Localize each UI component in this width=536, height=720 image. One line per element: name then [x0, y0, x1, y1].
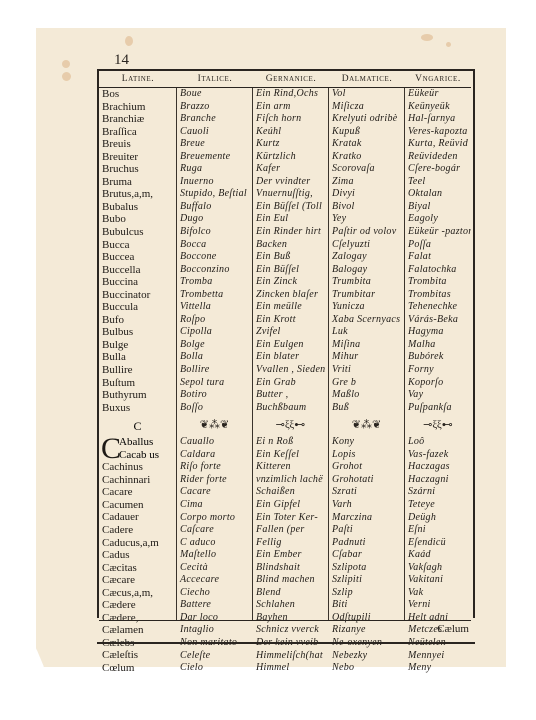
dictionary-entry: Teel [405, 176, 471, 189]
dictionary-entry: Reüvideden [405, 151, 471, 164]
column-header-row: Latine. Italice. Gernanice. Dalmatice. V… [99, 71, 471, 88]
dictionary-entry: Szárni [405, 486, 471, 499]
dictionary-entry: Cædere, [99, 612, 176, 625]
dictionary-entry: Falatochka [405, 264, 471, 277]
dictionary-entry: Breuis [99, 138, 176, 151]
stain [62, 60, 70, 68]
dictionary-entry: Cæcitas [99, 562, 176, 575]
dictionary-entry: Bollire [177, 364, 252, 377]
header-dalmatian: Dalmatice. [329, 71, 405, 87]
dictionary-entry: Malha [405, 339, 471, 352]
dictionary-entry: Mennyei [405, 650, 471, 663]
dictionary-entry: Ein Buß [253, 251, 328, 264]
dictionary-entry: Caſcare [177, 524, 252, 537]
dictionary-entry: Cæcare [99, 574, 176, 587]
dictionary-entry: Buccea [99, 251, 176, 264]
dictionary-entry: Krelyuti odribè [329, 113, 404, 126]
dictionary-entry: Gre b [329, 377, 404, 390]
dictionary-entry: Ein Gipfel [253, 499, 328, 512]
dictionary-entry: Boue [177, 88, 252, 101]
dictionary-entry: Cæcus,a,m, [99, 587, 176, 600]
dictionary-entry: Oktalan [405, 188, 471, 201]
dictionary-entry: Eagoly [405, 213, 471, 226]
dictionary-entry: Fallen (per [253, 524, 328, 537]
dictionary-entry: Bifolco [177, 226, 252, 239]
dictionary-entry: Branchiæ [99, 113, 176, 126]
dictionary-entry: Breuiter [99, 151, 176, 164]
dictionary-entry: Braſſica [99, 126, 176, 139]
dictionary-entry: Stupido, Beſtial [177, 188, 252, 201]
dictionary-entry: Luk [329, 326, 404, 339]
dictionary-entry: Buccella [99, 264, 176, 277]
dictionary-entry: Cachinnari [99, 474, 176, 487]
dictionary-entry: Ein Büſſel [253, 264, 328, 277]
dictionary-entry: Eſendicü [405, 537, 471, 550]
dictionary-entry: Cecità [177, 562, 252, 575]
fleuron-ornament: ❦⁂❦ [329, 414, 404, 436]
dictionary-entry: Trumbita [329, 276, 404, 289]
dictionary-entry: Paſtir od volov [329, 226, 404, 239]
dictionary-entry: Cœlum [99, 662, 176, 675]
dictionary-entry: Ein Toter Ker- [253, 512, 328, 525]
column-hungarian: EükeürKeünyeükHal-ſarnyaVeres-kapoztaKur… [404, 88, 471, 620]
dictionary-entry: Ein Eul [253, 213, 328, 226]
dictionary-entry: Vnuernuſſtig, [253, 188, 328, 201]
dictionary-entry: Buchßbaum [253, 402, 328, 415]
dictionary-entry: Maſtello [177, 549, 252, 562]
dictionary-entry: Biyal [405, 201, 471, 214]
dictionary-entry: Kurta, Reüvid [405, 138, 471, 151]
dictionary-entry: Kitteren [253, 461, 328, 474]
dictionary-entry: Blindshait [253, 562, 328, 575]
fleuron-ornament: ⊸ξξ⊷ [405, 414, 471, 436]
header-german: Gernanice. [253, 71, 329, 87]
dictionary-entry: Meny [405, 662, 471, 675]
dictionary-entry: Cima [177, 499, 252, 512]
dictionary-entry: Puſpankſa [405, 402, 471, 415]
dictionary-entry: Paſti [329, 524, 404, 537]
dictionary-entry: Bulla [99, 351, 176, 364]
dictionary-entry: Haczagas [405, 461, 471, 474]
dictionary-entry: Cacare [177, 486, 252, 499]
dictionary-entry: Trombetta [177, 289, 252, 302]
dictionary-entry: Inuerno [177, 176, 252, 189]
dictionary-entry: Marczina [329, 512, 404, 525]
dictionary-entry: Boſſo [177, 402, 252, 415]
dictionary-entry: Poſſa [405, 239, 471, 252]
dictionary-entry: Eükeür -paztor [405, 226, 471, 239]
dictionary-entry: Ein Ember [253, 549, 328, 562]
dictionary-entry: Ei n Roß [253, 436, 328, 449]
dictionary-entry: Sepol tura [177, 377, 252, 390]
page-number: 14 [114, 52, 129, 69]
dictionary-entry: Kratko [329, 151, 404, 164]
dictionary-entry: Szlip [329, 587, 404, 600]
dictionary-entry: Balogay [329, 264, 404, 277]
dictionary-entry: Vol [329, 88, 404, 101]
column-latin: BosBrachiumBranchiæBraſſicaBreuisBreuite… [99, 88, 176, 620]
dictionary-entry: Hal-ſarnya [405, 113, 471, 126]
dictionary-entry: Caducus,a,m [99, 537, 176, 550]
dictionary-entry: Szrati [329, 486, 404, 499]
header-latin: Latine. [99, 71, 177, 87]
dictionary-entry: Bayhen [253, 612, 328, 625]
dictionary-entry: Yey [329, 213, 404, 226]
dictionary-entry: Corpo morto [177, 512, 252, 525]
dictionary-entry: Blend [253, 587, 328, 600]
dictionary-entry: Buſtum [99, 377, 176, 390]
dictionary-entry: Eükeür [405, 88, 471, 101]
frame-bottom-rule [97, 642, 475, 644]
dropcap-block: CAballusCacab us [99, 436, 176, 461]
dictionary-entry: Ein blater [253, 351, 328, 364]
dictionary-entry: Varh [329, 499, 404, 512]
dictionary-entry: Buccina [99, 276, 176, 289]
dictionary-entry: Várás-Beka [405, 314, 471, 327]
dictionary-entry: Riſo forte [177, 461, 252, 474]
dictionary-entry: Bivol [329, 201, 404, 214]
dictionary-entry: Buccinator [99, 289, 176, 302]
dictionary-entry: Buß [329, 402, 404, 415]
dictionary-entry: Falat [405, 251, 471, 264]
dictionary-entry: Koporſo [405, 377, 471, 390]
dictionary-entry: Brutus,a,m, [99, 188, 176, 201]
dictionary-entry: Bubórek [405, 351, 471, 364]
dictionary-entry: Miſiczа [329, 101, 404, 114]
stain [421, 34, 433, 41]
dictionary-entry: Veres-kapozta [405, 126, 471, 139]
dictionary-entry: Himmeliſch(hat [253, 650, 328, 663]
dictionary-entry: Brachium [99, 101, 176, 114]
dictionary-entry: Cſelyuzti [329, 239, 404, 252]
dictionary-entry: Blind machen [253, 574, 328, 587]
dictionary-entry: Breue [177, 138, 252, 151]
dictionary-entry: Bubulcus [99, 226, 176, 239]
dictionary-entry: Breuemente [177, 151, 252, 164]
dictionary-entry: Ein Keſſel [253, 449, 328, 462]
dictionary-entry: Loô [405, 436, 471, 449]
dictionary-entry: Bulbus [99, 326, 176, 339]
dictionary-entry: Buffalo [177, 201, 252, 214]
catchword-rule [99, 620, 471, 621]
dictionary-entry: Vakſagh [405, 562, 471, 575]
dictionary-columns: BosBrachiumBranchiæBraſſicaBreuisBreuite… [99, 88, 471, 620]
dictionary-entry: Xaba Scernyacs [329, 314, 404, 327]
dictionary-entry: Nebezky [329, 650, 404, 663]
dictionary-entry: Bulge [99, 339, 176, 352]
dictionary-entry: Schlahen [253, 599, 328, 612]
dictionary-entry: Ein Rinder hirt [253, 226, 328, 239]
dictionary-entry: Tehenechke [405, 301, 471, 314]
dictionary-entry: Schnicz vverck [253, 624, 328, 637]
dictionary-entry: Rizanye [329, 624, 404, 637]
dictionary-entry: Verni [405, 599, 471, 612]
dictionary-entry: Vriti [329, 364, 404, 377]
dictionary-entry: Kony [329, 436, 404, 449]
dictionary-entry: Mihur [329, 351, 404, 364]
dictionary-entry: Zvifel [253, 326, 328, 339]
dictionary-entry: Aballus [119, 436, 153, 449]
dictionary-entry: Padnuti [329, 537, 404, 550]
dictionary-entry: Der vvindter [253, 176, 328, 189]
dictionary-entry: Cſere-bogár [405, 163, 471, 176]
dictionary-entry: Buxus [99, 402, 176, 415]
dictionary-entry: Ein meülle [253, 301, 328, 314]
dictionary-entry: Szlipota [329, 562, 404, 575]
dictionary-entry: Celeſte [177, 650, 252, 663]
dictionary-entry: Vakitani [405, 574, 471, 587]
dictionary-entry: Cadere [99, 524, 176, 537]
dictionary-entry: Cadus [99, 549, 176, 562]
dictionary-entry: Maßlo [329, 389, 404, 402]
dictionary-entry: Roſpo [177, 314, 252, 327]
dictionary-entry: Kurtz [253, 138, 328, 151]
dictionary-entry: Miſina [329, 339, 404, 352]
column-german: Ein Rind,OchsEin armFiſch hornKeúhlKurtz… [252, 88, 328, 620]
dictionary-entry: Divyi [329, 188, 404, 201]
dictionary-entry: Vittella [177, 301, 252, 314]
dictionary-entry: Szlipiti [329, 574, 404, 587]
dictionary-entry: Haczagni [405, 474, 471, 487]
dictionary-entry: Himmel [253, 662, 328, 675]
dictionary-entry: Accecare [177, 574, 252, 587]
dictionary-entry: Bolla [177, 351, 252, 364]
dictionary-entry: Cielo [177, 662, 252, 675]
dictionary-entry: Cæleſtis [99, 649, 176, 662]
dictionary-entry: Ciecho [177, 587, 252, 600]
dictionary-entry: Kafer [253, 163, 328, 176]
dictionary-entry: Zalogay [329, 251, 404, 264]
dictionary-entry: Ein Krott [253, 314, 328, 327]
dictionary-entry: Bufo [99, 314, 176, 327]
dictionary-entry: Rider forte [177, 474, 252, 487]
dictionary-entry: Battere [177, 599, 252, 612]
dictionary-entry: Cacab us [119, 449, 159, 462]
dictionary-entry: vnzimlich lachë [253, 474, 328, 487]
dictionary-entry: Eſni [405, 524, 471, 537]
dictionary-entry: Kürtzlich [253, 151, 328, 164]
dictionary-entry: Kaád [405, 549, 471, 562]
dictionary-entry: Bubo [99, 213, 176, 226]
dictionary-entry: Ein Grab [253, 377, 328, 390]
dictionary-entry: Ein Eulgen [253, 339, 328, 352]
dictionary-entry: Vak [405, 587, 471, 600]
dictionary-entry: Cælamen [99, 624, 176, 637]
stain [62, 72, 71, 81]
dictionary-entry: Nebo [329, 662, 404, 675]
dictionary-entry: Intaglio [177, 624, 252, 637]
dictionary-entry: Fellig [253, 537, 328, 550]
dropcap-letter: C [101, 434, 121, 464]
dictionary-entry: Bullire [99, 364, 176, 377]
dictionary-entry: Butter , [253, 389, 328, 402]
catchword: Cælum [437, 623, 469, 635]
dictionary-entry: Vay [405, 389, 471, 402]
dictionary-entry: Cauoli [177, 126, 252, 139]
dictionary-entry: Keúhl [253, 126, 328, 139]
column-italian: BoueBrazzoBrancheCauoliBreueBreuementeRu… [176, 88, 252, 620]
dictionary-entry: Grohot [329, 461, 404, 474]
dictionary-entry: Lopis [329, 449, 404, 462]
dictionary-entry: Bruma [99, 176, 176, 189]
dictionary-entry: Bruchus [99, 163, 176, 176]
dictionary-entry: Vas-fazek [405, 449, 471, 462]
dictionary-entry: Ruga [177, 163, 252, 176]
dictionary-entry: Ein Zinck [253, 276, 328, 289]
dictionary-entry: Yunicza [329, 301, 404, 314]
stain [125, 36, 133, 46]
dictionary-entry: Odſtupili [329, 612, 404, 625]
dictionary-entry: Cædere [99, 599, 176, 612]
dictionary-entry: Buccula [99, 301, 176, 314]
column-dalmatian: VolMiſiczаKrelyuti odribèKupußKratakKrat… [328, 88, 404, 620]
dictionary-entry: Deügh [405, 512, 471, 525]
dictionary-entry: Scorovaſa [329, 163, 404, 176]
dictionary-entry: Vvallen , Sieden [253, 364, 328, 377]
dictionary-entry: Trombitas [405, 289, 471, 302]
dictionary-entry: Biti [329, 599, 404, 612]
dictionary-entry: Trumbitar [329, 289, 404, 302]
dictionary-entry: Bos [99, 88, 176, 101]
header-hungarian: Vngarice. [405, 71, 471, 87]
dictionary-entry: Buthyrum [99, 389, 176, 402]
dictionary-entry: Cauallo [177, 436, 252, 449]
dictionary-entry: Dar loco [177, 612, 252, 625]
dictionary-entry: Grohotati [329, 474, 404, 487]
dictionary-entry: Bubalus [99, 201, 176, 214]
fleuron-ornament: ❦⁂❦ [177, 414, 252, 436]
dictionary-entry: Dugo [177, 213, 252, 226]
header-italian: Italice. [177, 71, 253, 87]
dictionary-entry: Zincken blaſer [253, 289, 328, 302]
dictionary-entry: Kupuß [329, 126, 404, 139]
dictionary-entry: Bolge [177, 339, 252, 352]
dictionary-entry: Trombita [405, 276, 471, 289]
dictionary-entry: Ein Rind,Ochs [253, 88, 328, 101]
dictionary-entry: Zima [329, 176, 404, 189]
dictionary-entry: Botiro [177, 389, 252, 402]
dictionary-entry: Ein arm [253, 101, 328, 114]
dictionary-entry: Cſabar [329, 549, 404, 562]
dictionary-entry: Tromba [177, 276, 252, 289]
dictionary-entry: Hagyma [405, 326, 471, 339]
dictionary-entry: Caldara [177, 449, 252, 462]
dictionary-entry: Boccone [177, 251, 252, 264]
dictionary-entry: Bucca [99, 239, 176, 252]
dictionary-entry: Bocca [177, 239, 252, 252]
dictionary-entry: Brazzo [177, 101, 252, 114]
dictionary-entry: Branche [177, 113, 252, 126]
dictionary-entry: Cipolla [177, 326, 252, 339]
dictionary-entry: Schaißen [253, 486, 328, 499]
dictionary-entry: Forny [405, 364, 471, 377]
dictionary-entry: Bocconzino [177, 264, 252, 277]
dictionary-entry: Kratak [329, 138, 404, 151]
dictionary-entry: Ein Büſſel (Toll [253, 201, 328, 214]
dictionary-entry: Fiſch horn [253, 113, 328, 126]
dictionary-entry: C aduco [177, 537, 252, 550]
dictionary-entry: Keünyeük [405, 101, 471, 114]
dictionary-entry: Cacare [99, 486, 176, 499]
dictionary-entry: Teteye [405, 499, 471, 512]
dictionary-entry: Cadauer [99, 511, 176, 524]
fleuron-ornament: ⊸ξξ⊷ [253, 414, 328, 436]
dictionary-entry: Cacumen [99, 499, 176, 512]
dictionary-entry: Backen [253, 239, 328, 252]
stain [446, 42, 451, 47]
